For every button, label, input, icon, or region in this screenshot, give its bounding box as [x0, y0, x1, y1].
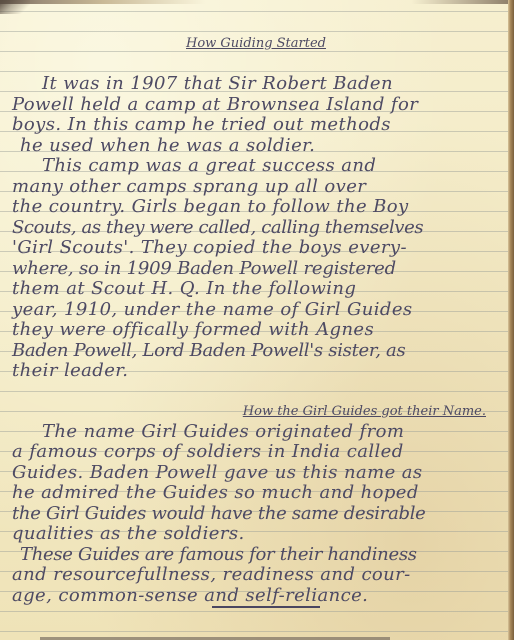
text-line: The name Girl Guides originated from: [12, 422, 500, 443]
text-line: Scouts, as they were called, calling the…: [12, 218, 500, 239]
section-title-girl-guides-name: How the Girl Guides got their Name.: [12, 402, 500, 422]
text-line: It was in 1907 that Sir Robert Baden: [12, 74, 500, 95]
text-line: Guides. Baden Powell gave us this name a…: [12, 463, 500, 484]
text-line: qualities as the soldiers.: [12, 524, 500, 545]
text-line: their leader.: [12, 361, 500, 382]
notebook-page: How Guiding Started It was in 1907 that …: [0, 0, 514, 640]
text-line: Powell held a camp at Brownsea Island fo…: [12, 95, 500, 116]
text-line: Baden Powell, Lord Baden Powell's sister…: [12, 341, 500, 362]
text-line: This camp was a great success and: [12, 156, 500, 177]
text-line: where, so in 1909 Baden Powell registere…: [12, 259, 500, 280]
section-title-how-guiding-started: How Guiding Started: [12, 34, 500, 54]
text-line: the country. Girls began to follow the B…: [12, 197, 500, 218]
page-right-edge: [508, 0, 514, 640]
text-line: age, common-sense and self-reliance.: [12, 586, 500, 607]
text-line: year, 1910, under the name of Girl Guide…: [12, 300, 500, 321]
text-line: they were offically formed with Agnes: [12, 320, 500, 341]
text-line: the Girl Guides would have the same desi…: [12, 504, 500, 525]
text-line: them at Scout H. Q. In the following: [12, 279, 500, 300]
blank-line: [12, 382, 500, 402]
text-line: 'Girl Scouts'. They copied the boys ever…: [12, 238, 500, 259]
text-line: many other camps sprang up all over: [12, 177, 500, 198]
text-line: he admired the Guides so much and hoped: [12, 483, 500, 504]
blank-line: [12, 54, 500, 74]
handwritten-content: How Guiding Started It was in 1907 that …: [12, 34, 500, 606]
text-line: a famous corps of soldiers in India call…: [12, 442, 500, 463]
text-line: boys. In this camp he tried out methods: [12, 115, 500, 136]
text-line: he used when he was a soldier.: [12, 136, 500, 157]
text-line: These Guides are famous for their handin…: [12, 545, 500, 566]
text-line: and resourcefullness, readiness and cour…: [12, 565, 500, 586]
page-top-edge: [0, 0, 514, 4]
page-corner-shadow: [0, 0, 30, 14]
end-divider-line: [212, 606, 320, 608]
